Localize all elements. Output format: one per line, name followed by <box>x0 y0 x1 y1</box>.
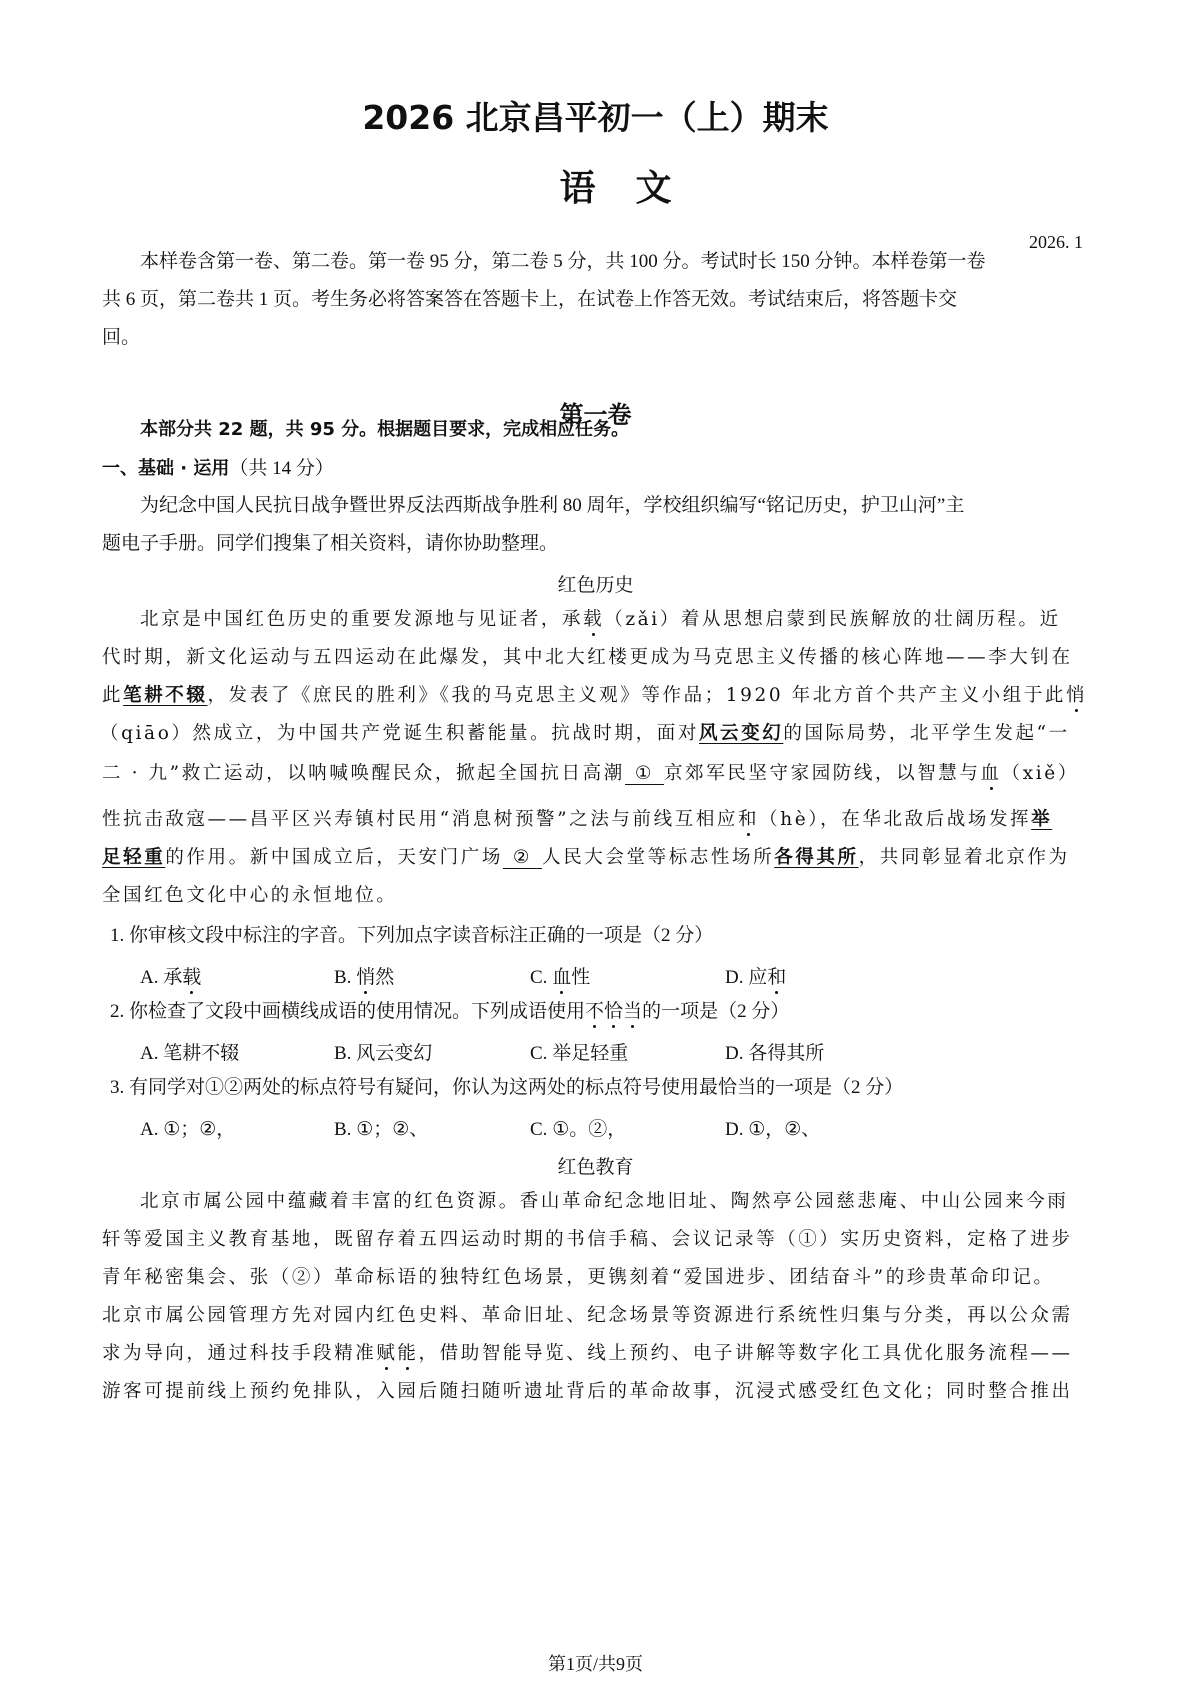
q3-option-c[interactable]: C. ①。②， <box>530 1114 626 1141</box>
q2-option-d[interactable]: D. 各得其所 <box>725 1038 824 1065</box>
option-text: 举足轻重 <box>552 1043 628 1064</box>
passage1-line-7: 足轻重的作用。新中国成立后，天安门广场②人民大会堂等标志性场所各得其所，共同彰显… <box>102 846 1070 870</box>
passage1-title: 红色历史 <box>0 570 1191 597</box>
emphasis-char: 恰 <box>604 1001 623 1022</box>
text-segment: 全国红色文化中心的永恒地位。 <box>102 885 397 906</box>
option-text: 性 <box>571 967 590 988</box>
fill-blank-2: ② <box>503 848 542 869</box>
passage1-line-3: 此笔耕不辍，发表了《庶民的胜利》《我的马克思主义观》等作品；1920 年北方首个… <box>102 684 1087 708</box>
option-letter: C. <box>530 1119 547 1140</box>
question-number: 2. <box>110 1001 124 1022</box>
option-text: ①。②， <box>552 1119 626 1140</box>
text-segment: ，借助智能导览、线上预约、电子讲解等数字化工具优化服务流程—— <box>419 1343 1073 1364</box>
option-text: 应 <box>748 967 767 988</box>
option-text: 然 <box>375 967 394 988</box>
option-letter: D. <box>725 1119 743 1140</box>
passage1-line-2: 代时期，新文化运动与五四运动在此爆发，其中北大红楼更成为马克思主义传播的核心阵地… <box>102 646 1073 670</box>
underlined-idiom: 各得其所 <box>774 847 858 868</box>
emphasis-char: 血 <box>981 763 1002 784</box>
option-letter: B. <box>334 967 351 988</box>
passage1-line-5: 二 · 九”救亡运动，以呐喊唤醒民众，掀起全国抗日高潮①京郊军民坚守家园防线，以… <box>102 762 1079 786</box>
emphasis-text: 赋能 <box>376 1343 418 1364</box>
context-line-1: 为纪念中国人民抗日战争暨世界反法西斯战争胜利 80 周年，学校组织编写“铭记历史… <box>140 494 964 518</box>
text-segment: ，发表了《庶民的胜利》《我的马克思主义观》等作品；1920 年北方首个共产主义小… <box>208 685 1067 706</box>
passage2-title: 红色教育 <box>0 1152 1191 1179</box>
q1-option-a[interactable]: A. 承载 <box>140 962 201 989</box>
q2-option-b[interactable]: B. 风云变幻 <box>334 1038 432 1065</box>
emphasis-char: 和 <box>767 967 786 988</box>
fill-blank-1: ① <box>625 764 664 785</box>
text-segment: 二 · 九”救亡运动，以呐喊唤醒民众，掀起全国抗日高潮 <box>102 763 625 784</box>
option-letter: A. <box>140 1119 158 1140</box>
text-segment: 求为导向，通过科技手段精准 <box>102 1343 376 1364</box>
underlined-idiom: 足轻重 <box>102 847 165 868</box>
option-letter: C. <box>530 967 547 988</box>
emphasis-char: 不 <box>585 1001 604 1022</box>
text-segment: （zǎi）着从思想启蒙到民族解放的壮阔历程。近 <box>604 609 1061 630</box>
passage1-line-8: 全国红色文化中心的永恒地位。 <box>102 884 397 908</box>
option-text: ①，②、 <box>748 1119 820 1140</box>
text-segment: 性抗击敌寇——昌平区兴寿镇村民用“消息树预警”之法与前线互相应 <box>102 809 738 830</box>
text-segment: 人民大会堂等标志性场所 <box>542 847 774 868</box>
q2-option-c[interactable]: C. 举足轻重 <box>530 1038 628 1065</box>
passage2-line-3: 青年秘密集会、张（②）革命标语的独特红色场景，更镌刻着“爱国进步、团结奋斗”的珍… <box>102 1266 1055 1290</box>
part-heading-score: （共 14 分） <box>229 458 334 479</box>
q3-option-d[interactable]: D. ①，②、 <box>725 1114 820 1141</box>
text-segment: 北京是中国红色历史的重要发源地与见证者，承 <box>140 609 583 630</box>
option-text: 各得其所 <box>748 1043 824 1064</box>
question-stem: 你检查了文段中画横线成语的使用情况。下列成语使用 <box>129 1001 585 1022</box>
part-heading: 一、基础 · 运用（共 14 分） <box>102 456 334 481</box>
underlined-idiom: 风云变幻 <box>699 723 783 744</box>
question-stem: 有同学对①②两处的标点符号有疑问，你认为这两处的标点符号使用最恰当的一项是（2 … <box>129 1077 903 1098</box>
q1-option-b[interactable]: B. 悄然 <box>334 962 394 989</box>
option-letter: A. <box>140 1043 158 1064</box>
section-instruction: 本部分共 22 题，共 95 分。根据题目要求，完成相应任务。 <box>140 418 629 442</box>
emphasis-char: 载 <box>583 609 604 630</box>
passage2-line-2: 轩等爱国主义教育基地，既留存着五四运动时期的书信手稿、会议记录等（①）实历史资料… <box>102 1228 1073 1252</box>
option-text: ①；②， <box>163 1119 235 1140</box>
passage1-line-1: 北京是中国红色历史的重要发源地与见证者，承载（zǎi）着从思想启蒙到民族解放的壮… <box>140 608 1061 632</box>
text-segment: 代时期，新文化运动与五四运动在此爆发，其中北大红楼更成为马克思主义传播的核心阵地… <box>102 647 1073 668</box>
context-line-2: 题电子手册。同学们搜集了相关资料，请你协助整理。 <box>102 532 558 556</box>
text-segment: ，共同彰显着北京作为 <box>859 847 1070 868</box>
question-2: 2. 你检查了文段中画横线成语的使用情况。下列成语使用不恰当的一项是（2 分） <box>110 1000 789 1024</box>
emphasis-char: 悄 <box>356 967 375 988</box>
page-indicator: 第1页/共9页 <box>0 1650 1191 1676</box>
intro-line-3: 回。 <box>102 326 140 350</box>
option-text: 笔耕不辍 <box>163 1043 239 1064</box>
passage2-line-1: 北京市属公园中蕴藏着丰富的红色资源。香山革命纪念地旧址、陶然亭公园慈悲庵、中山公… <box>140 1190 1068 1214</box>
text-segment: （xiě） <box>1002 763 1079 784</box>
q1-option-d[interactable]: D. 应和 <box>725 962 786 989</box>
option-letter: B. <box>334 1119 351 1140</box>
option-letter: D. <box>725 1043 743 1064</box>
question-1: 1. 你审核文段中标注的字音。下列加点字读音标注正确的一项是（2 分） <box>110 924 713 948</box>
text-segment: （qiāo）然成立，为中国共产党诞生积蓄能量。抗战时期，面对 <box>100 723 699 744</box>
option-letter: C. <box>530 1043 547 1064</box>
option-text: ①；②、 <box>356 1119 428 1140</box>
q3-option-b[interactable]: B. ①；②、 <box>334 1114 428 1141</box>
emphasis-char: 当 <box>623 1001 642 1022</box>
subject-title: 语文 <box>0 160 1191 211</box>
question-number: 1. <box>110 925 124 946</box>
question-stem: 你审核文段中标注的字音。下列加点字读音标注正确的一项是（2 分） <box>129 925 713 946</box>
emphasis-char: 载 <box>182 967 201 988</box>
emphasis-text: 不恰当 <box>585 1001 642 1022</box>
q1-option-c[interactable]: C. 血性 <box>530 962 590 989</box>
emphasis-char: 悄 <box>1066 685 1087 706</box>
q3-option-a[interactable]: A. ①；②， <box>140 1114 235 1141</box>
emphasis-char: 和 <box>738 809 759 830</box>
passage1-line-4: （qiāo）然成立，为中国共产党诞生积蓄能量。抗战时期，面对风云变幻的国际局势，… <box>100 722 1070 746</box>
option-text: 风云变幻 <box>356 1043 432 1064</box>
q2-option-a[interactable]: A. 笔耕不辍 <box>140 1038 239 1065</box>
underlined-idiom: 笔耕不辍 <box>123 685 207 706</box>
passage2-line-6: 游客可提前线上预约免排队，入园后随扫随听遗址背后的革命故事，沉浸式感受红色文化；… <box>102 1380 1073 1404</box>
option-letter: D. <box>725 967 743 988</box>
option-text: 承 <box>163 967 182 988</box>
text-segment: 此 <box>102 685 123 706</box>
emphasis-char: 赋 <box>376 1343 397 1364</box>
intro-line-2: 共 6 页，第二卷共 1 页。考生务必将答案答在答题卡上，在试卷上作答无效。考试… <box>102 288 957 312</box>
question-stem: 的一项是（2 分） <box>642 1001 789 1022</box>
exam-date: 2026. 1 <box>1029 232 1083 253</box>
question-number: 3. <box>110 1077 124 1098</box>
text-segment: 的作用。新中国成立后，天安门广场 <box>165 847 503 868</box>
option-letter: B. <box>334 1043 351 1064</box>
option-letter: A. <box>140 967 158 988</box>
passage1-line-6: 性抗击敌寇——昌平区兴寿镇村民用“消息树预警”之法与前线互相应和（hè），在华北… <box>102 808 1052 832</box>
part-heading-label: 一、基础 · 运用 <box>102 458 229 479</box>
text-segment: 京郊军民坚守家园防线，以智慧与 <box>664 763 981 784</box>
emphasis-char: 血 <box>552 967 571 988</box>
passage2-line-4: 北京市属公园管理方先对园内红色史料、革命旧址、纪念场景等资源进行系统性归集与分类… <box>102 1304 1073 1328</box>
passage2-line-5: 求为导向，通过科技手段精准赋能，借助智能导览、线上预约、电子讲解等数字化工具优化… <box>102 1342 1073 1366</box>
text-segment: 的国际局势，北平学生发起“一 <box>783 723 1069 744</box>
intro-line-1: 本样卷含第一卷、第二卷。第一卷 95 分，第二卷 5 分，共 100 分。考试时… <box>140 250 986 274</box>
emphasis-char: 能 <box>397 1343 418 1364</box>
text-segment: （hè），在华北敌后战场发挥 <box>759 809 1031 830</box>
underlined-idiom: 举 <box>1031 809 1052 830</box>
question-3: 3. 有同学对①②两处的标点符号有疑问，你认为这两处的标点符号使用最恰当的一项是… <box>110 1076 903 1100</box>
document-title: 2026 北京昌平初一（上）期末 <box>0 92 1191 139</box>
